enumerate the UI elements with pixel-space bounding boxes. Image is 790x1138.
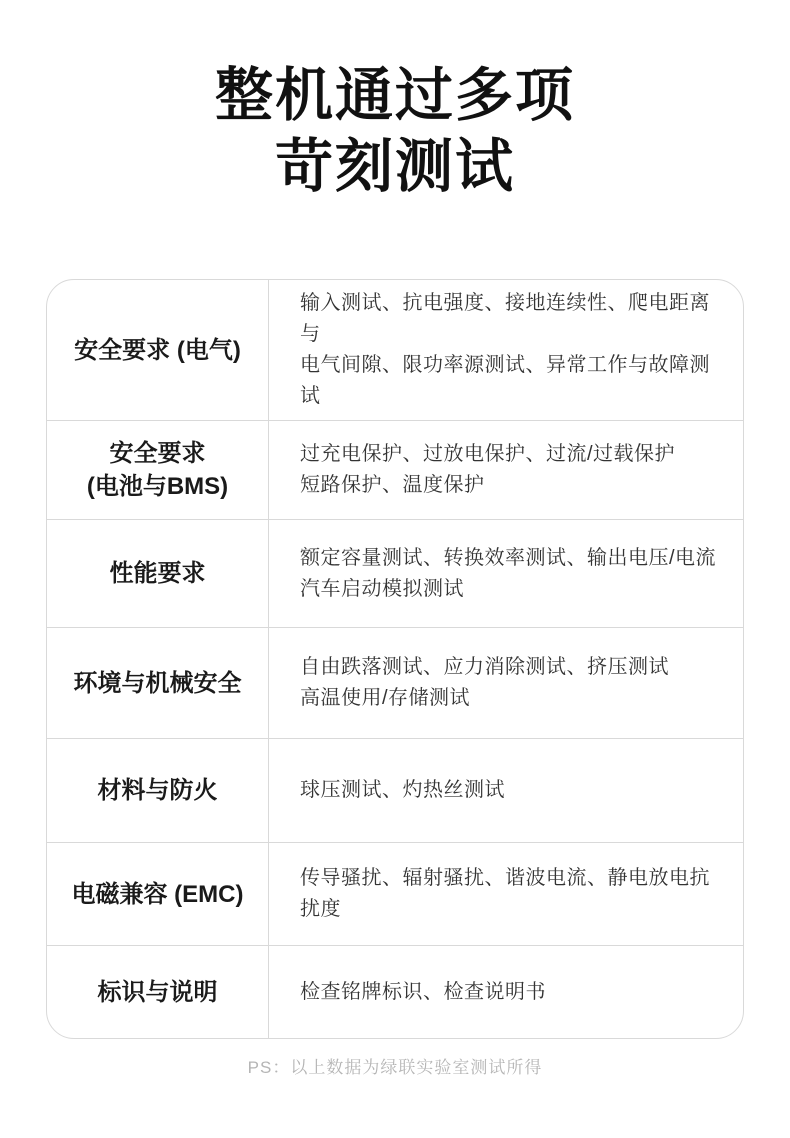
category-cell: 安全要求 (电池与BMS) [47,421,269,519]
page-title-line2: 苛刻测试 [0,131,790,202]
table-row-electrical-safety: 安全要求 (电气) 输入测试、抗电强度、接地连续性、爬电距离与 电气间隙、限功率… [47,280,743,421]
table-row-labeling-instructions: 标识与说明 检查铭牌标识、检查说明书 [47,946,743,1038]
footer-note: PS：以上数据为绿联实验室测试所得 [0,1057,790,1079]
tests-cell: 传导骚扰、辐射骚扰、谐波电流、静电放电抗扰度 [269,843,743,945]
category-cell: 标识与说明 [47,946,269,1038]
page: 整机通过多项 苛刻测试 安全要求 (电气) 输入测试、抗电强度、接地连续性、爬电… [0,0,790,1079]
tests-cell: 自由跌落测试、应力消除测试、挤压测试 高温使用/存储测试 [269,628,743,738]
category-cell: 性能要求 [47,520,269,627]
category-cell: 环境与机械安全 [47,628,269,738]
page-title: 整机通过多项 苛刻测试 [0,0,790,202]
table-row-materials-fire: 材料与防火 球压测试、灼热丝测试 [47,739,743,843]
table-row-environment-mechanical: 环境与机械安全 自由跌落测试、应力消除测试、挤压测试 高温使用/存储测试 [47,628,743,739]
category-cell: 电磁兼容 (EMC) [47,843,269,945]
tests-cell: 过充电保护、过放电保护、过流/过载保护 短路保护、温度保护 [269,421,743,519]
tests-cell: 额定容量测试、转换效率测试、输出电压/电流 汽车启动模拟测试 [269,520,743,627]
tests-cell: 球压测试、灼热丝测试 [269,739,743,842]
tests-cell: 检查铭牌标识、检查说明书 [269,946,743,1038]
table-row-emc: 电磁兼容 (EMC) 传导骚扰、辐射骚扰、谐波电流、静电放电抗扰度 [47,843,743,946]
page-title-line1: 整机通过多项 [0,60,790,131]
table-row-performance: 性能要求 额定容量测试、转换效率测试、输出电压/电流 汽车启动模拟测试 [47,520,743,628]
test-table: 安全要求 (电气) 输入测试、抗电强度、接地连续性、爬电距离与 电气间隙、限功率… [46,279,744,1039]
category-cell: 材料与防火 [47,739,269,842]
tests-cell: 输入测试、抗电强度、接地连续性、爬电距离与 电气间隙、限功率源测试、异常工作与故… [269,280,743,420]
category-cell: 安全要求 (电气) [47,280,269,420]
table-row-battery-bms-safety: 安全要求 (电池与BMS) 过充电保护、过放电保护、过流/过载保护 短路保护、温… [47,421,743,520]
